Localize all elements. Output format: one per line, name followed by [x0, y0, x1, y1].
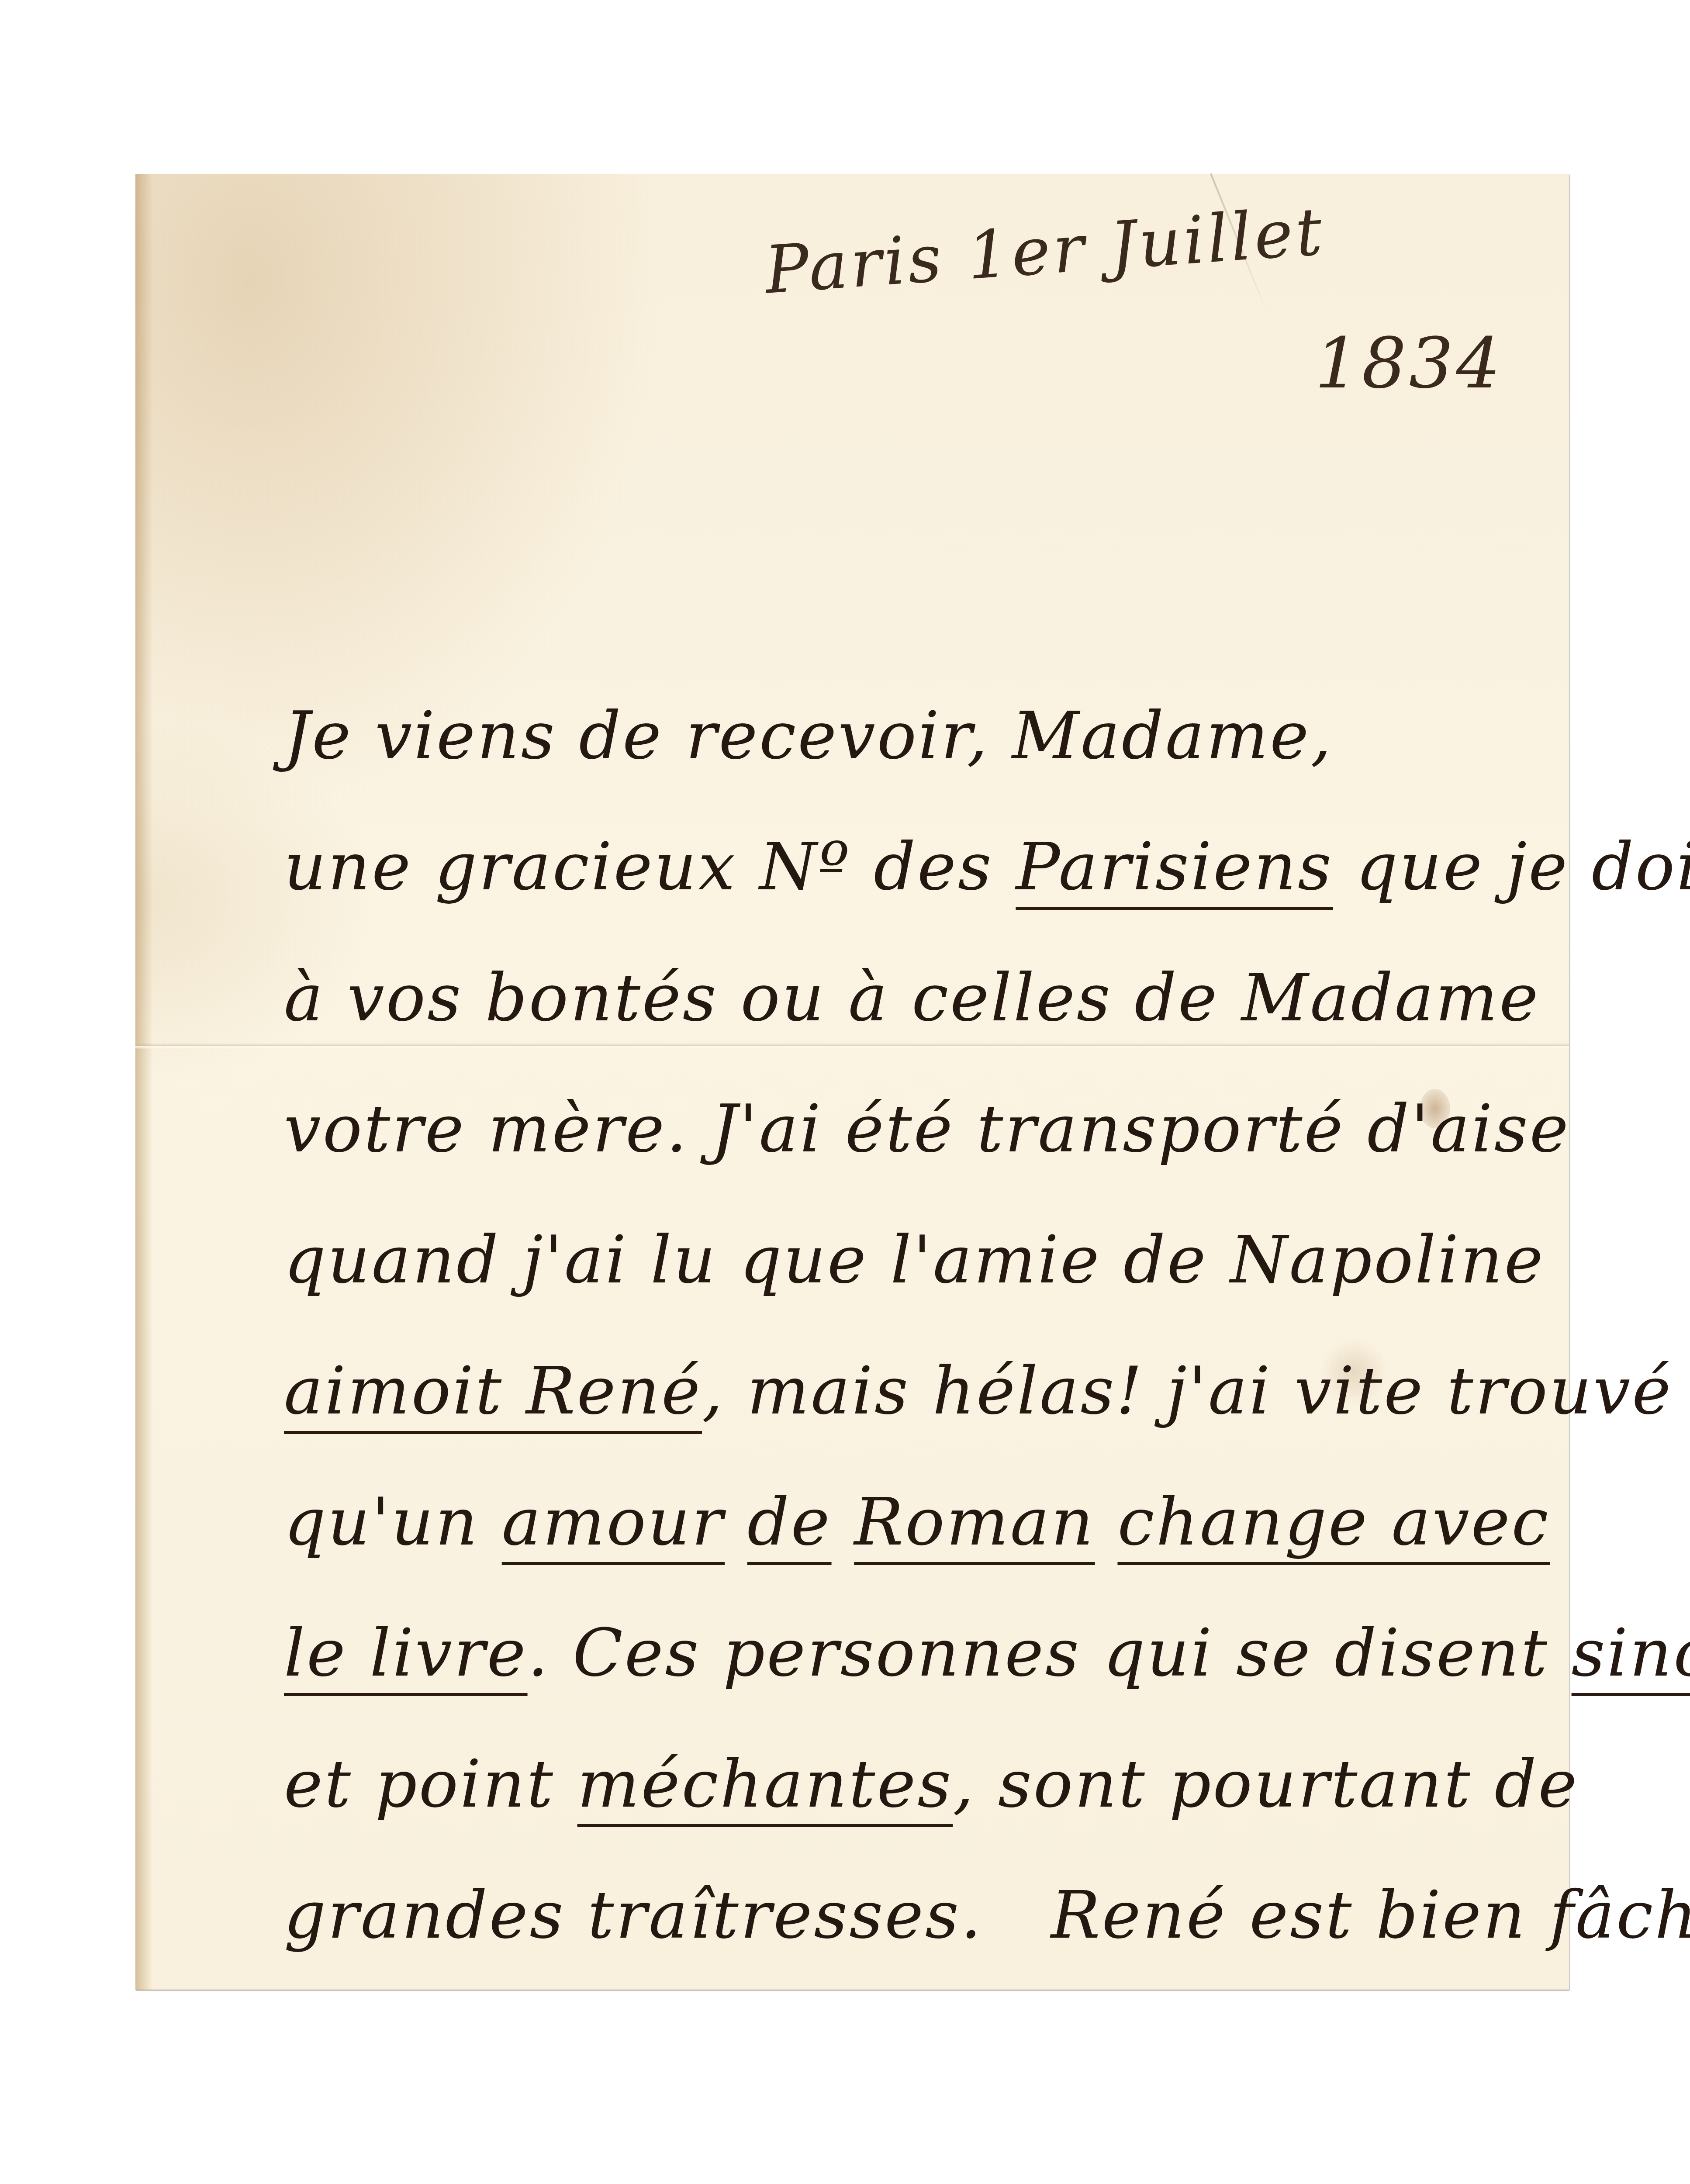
letter-line: qu'un amour de Roman change avec [284, 1484, 1550, 1560]
letter-line: votre mère. J'ai été transporté d'aise [284, 1091, 1570, 1167]
underlined-word: sincères [1572, 1615, 1690, 1691]
underlined-word: le livre [284, 1615, 528, 1691]
line-text: . Ces personnes qui se disent [528, 1615, 1572, 1691]
underlined-word: Parisiens [1016, 829, 1333, 905]
line-text [725, 1484, 747, 1560]
line-text: quand j'ai lu que l'amie de Napoline [284, 1222, 1545, 1298]
letter-place-date: Paris 1er Juillet [762, 194, 1327, 308]
letter-line: grandes traîtresses. René est bien fâché [284, 1877, 1690, 1953]
line-text: à vos bontés ou à celles de Madame [284, 960, 1540, 1036]
paper-edge-stain [135, 174, 153, 1990]
line-text: , sont pourtant de [953, 1746, 1579, 1822]
line-text: qu'un [284, 1484, 502, 1560]
letter-year: 1834 [1315, 322, 1503, 404]
letter-line: quand j'ai lu que l'amie de Napoline [284, 1222, 1545, 1298]
line-text: , mais hélas! j'ai vite trouvé [702, 1353, 1673, 1429]
line-text: Je viens de recevoir, Madame, [284, 698, 1333, 774]
underlined-word: méchantes [577, 1746, 953, 1822]
letter-line: à vos bontés ou à celles de Madame [284, 960, 1540, 1036]
underlined-word: de [747, 1484, 832, 1560]
letter-line: Je viens de recevoir, Madame, [284, 698, 1333, 774]
underlined-word: Roman [854, 1484, 1095, 1560]
line-text: que je dois [1333, 829, 1690, 905]
horizontal-fold-crease [135, 1043, 1569, 1049]
letter-page: Paris 1er Juillet 1834 Je viens de recev… [135, 174, 1569, 1990]
line-text [832, 1484, 854, 1560]
line-text [1095, 1484, 1118, 1560]
letter-line: et point méchantes, sont pourtant de [284, 1746, 1579, 1822]
underlined-word: aimoit René [284, 1353, 702, 1429]
line-text: et point [284, 1746, 577, 1822]
line-text: une gracieux Nº des [284, 829, 1016, 905]
letter-line: une gracieux Nº des Parisiens que je doi… [284, 829, 1690, 905]
letter-line: le livre. Ces personnes qui se disent si… [284, 1615, 1690, 1691]
underlined-word: change avec [1117, 1484, 1550, 1560]
underlined-word: amour [502, 1484, 725, 1560]
line-text: grandes traîtresses. René est bien fâché [284, 1877, 1690, 1953]
line-text: votre mère. J'ai été transporté d'aise [284, 1091, 1570, 1167]
letter-line: aimoit René, mais hélas! j'ai vite trouv… [284, 1353, 1673, 1429]
